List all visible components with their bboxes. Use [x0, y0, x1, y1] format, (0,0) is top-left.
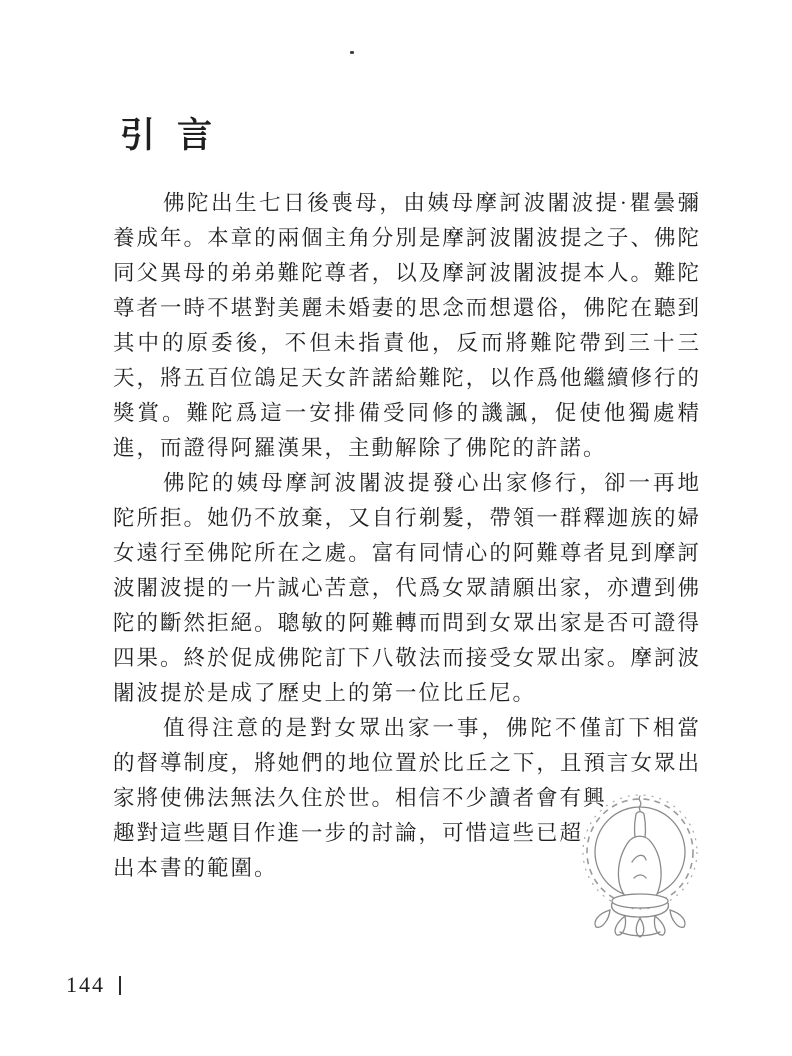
text-line: 陀所拒。她仍不放棄，又自行剃髮，帶領一群釋迦族的婦	[113, 501, 701, 536]
text-line: 佛陀出生七日後喪母，由姨母摩訶波闍波提·瞿曇彌撫	[113, 186, 701, 221]
text-line: 女遠行至佛陀所在之處。富有同情心的阿難尊者見到摩訶	[113, 536, 701, 571]
page-title: 引言	[120, 108, 234, 158]
lotus-petal	[670, 910, 685, 927]
page-footer: 144	[66, 972, 121, 998]
pedestal-rim	[612, 894, 668, 908]
text-line: 獎賞。難陀爲這一安排備受同修的譏諷，促使他獨處精	[113, 396, 701, 431]
page-number: 144	[66, 972, 105, 998]
text-line: 養成年。本章的兩個主角分別是摩訶波闍波提之子、佛陀	[113, 221, 701, 256]
print-speck	[350, 51, 354, 54]
text-line: 尊者一時不堪對美麗未婚妻的思念而想還俗，佛陀在聽到	[113, 291, 701, 326]
text-line: 波闍波提的一片誠心苦意，代爲女眾請願出家，亦遭到佛	[113, 571, 701, 606]
lotus-petal	[636, 918, 644, 937]
lotus-petal	[595, 910, 610, 927]
text-line: 陀的斷然拒絕。聰敏的阿難轉而問到女眾出家是否可證得	[113, 606, 701, 641]
text-line: 四果。終於促成佛陀訂下八敬法而接受女眾出家。摩訶波	[113, 641, 701, 676]
body-text: 佛陀出生七日後喪母，由姨母摩訶波闍波提·瞿曇彌撫 養成年。本章的兩個主角分別是摩…	[113, 186, 701, 886]
text-line: 天，將五百位鴿足天女許諾給難陀，以作爲他繼續修行的	[113, 361, 701, 396]
paragraph: 佛陀出生七日後喪母，由姨母摩訶波闍波提·瞿曇彌撫 養成年。本章的兩個主角分別是摩…	[113, 186, 701, 466]
text-line: 的督導制度，將她們的地位置於比丘之下，且預言女眾出	[113, 746, 701, 781]
text-line: 進，而證得阿羅漢果，主動解除了佛陀的許諾。	[113, 431, 701, 466]
text-line: 其中的原委後，不但未指責他，反而將難陀帶到三十三	[113, 326, 701, 361]
text-line: 值得注意的是對女眾出家一事，佛陀不僅訂下相當嚴格	[113, 711, 701, 746]
text-line: 闍波提於是成了歷史上的第一位比丘尼。	[113, 676, 701, 711]
flame-tip	[639, 796, 641, 813]
page-number-rule	[119, 976, 121, 995]
buddha-hand-lotus-illustration	[564, 782, 716, 940]
text-line: 佛陀的姨母摩訶波闍波提發心出家修行，卻一再地爲佛	[113, 466, 701, 501]
book-page: 引言 佛陀出生七日後喪母，由姨母摩訶波闍波提·瞿曇彌撫 養成年。本章的兩個主角分…	[0, 0, 792, 1056]
text-line: 同父異母的弟弟難陀尊者，以及摩訶波闍波提本人。難陀	[113, 256, 701, 291]
paragraph: 佛陀的姨母摩訶波闍波提發心出家修行，卻一再地爲佛 陀所拒。她仍不放棄，又自行剃髮…	[113, 466, 701, 711]
